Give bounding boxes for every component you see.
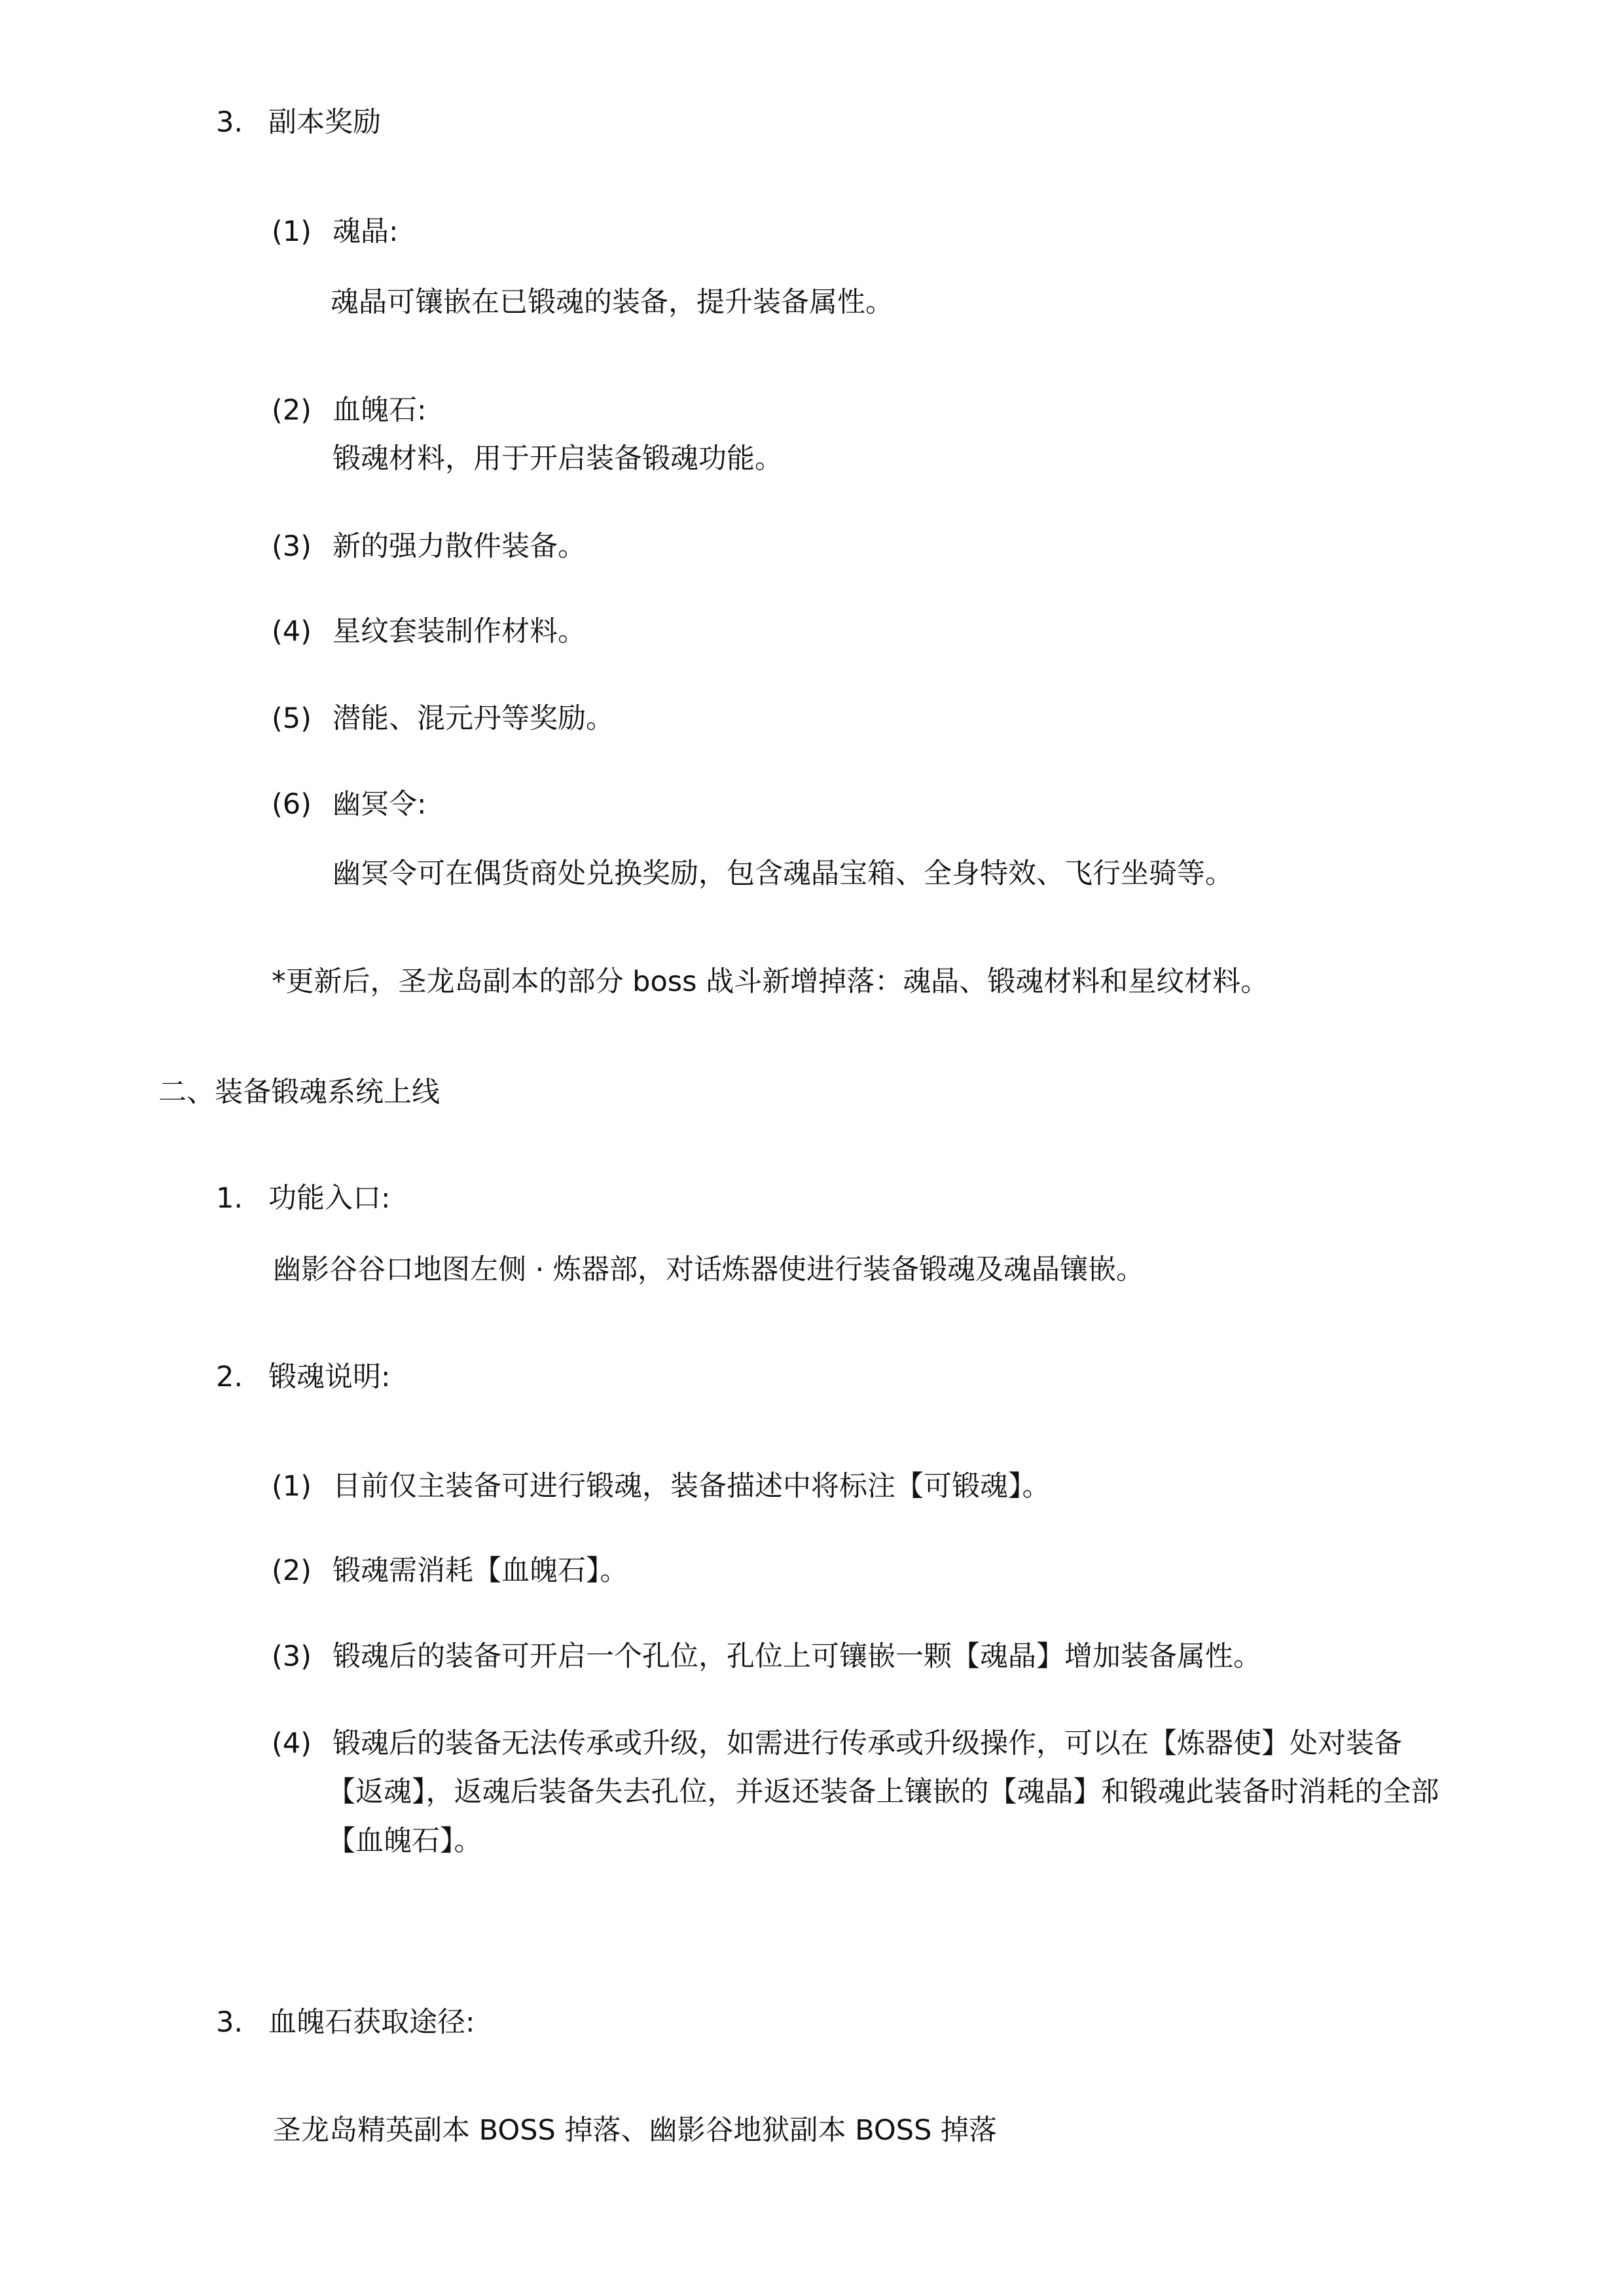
item-label: 潜能、混元丹等奖励。 [333, 701, 614, 736]
subsection-body: 幽影谷谷口地图左侧 · 炼器部，对话炼器使进行装备锻魂及魂晶镶嵌。 [273, 1252, 1144, 1287]
item-text: 锻魂需消耗【血魄石】。 [333, 1553, 628, 1588]
sub-list-number: (3) [272, 1639, 312, 1674]
sub-list-number: (4) [272, 614, 312, 649]
section-title: 副本奖励 [268, 105, 381, 140]
subsection-body: 圣龙岛精英副本 BOSS 掉落、幽影谷地狱副本 BOSS 掉落 [273, 2113, 997, 2148]
sub-list-number: (2) [272, 393, 312, 428]
item-label: 幽冥令: [333, 787, 427, 822]
item-detail: 锻魂材料，用于开启装备锻魂功能。 [333, 441, 783, 476]
sub-list-number: (6) [272, 787, 312, 822]
item-label: 星纹套装制作材料。 [333, 614, 586, 649]
list-number: 1. [216, 1181, 243, 1216]
item-text: 目前仅主装备可进行锻魂，装备描述中将标注【可锻魂】。 [333, 1469, 1051, 1504]
item-label: 新的强力散件装备。 [333, 529, 586, 564]
item-text-line: 锻魂后的装备无法传承或升级，如需进行传承或升级操作，可以在【炼器使】处对装备 [333, 1726, 1402, 1761]
subsection-title: 血魄石获取途径: [268, 2005, 475, 2040]
item-label: 血魄石: [333, 393, 427, 428]
item-text-line: 【血魄石】。 [327, 1823, 482, 1859]
item-detail: 魂晶可镶嵌在已锻魂的装备，提升装备属性。 [331, 285, 893, 320]
item-label: 魂晶: [333, 214, 399, 249]
item-detail: 幽冥令可在偶货商处兑换奖励，包含魂晶宝箱、全身特效、飞行坐骑等。 [333, 856, 1233, 891]
sub-list-number: (2) [272, 1553, 312, 1588]
update-note: *更新后，圣龙岛副本的部分 boss 战斗新增掉落：魂晶、锻魂材料和星纹材料。 [272, 964, 1269, 999]
list-number: 3. [216, 105, 243, 140]
sub-list-number: (5) [272, 701, 312, 736]
subsection-title: 锻魂说明: [268, 1359, 391, 1395]
list-number: 3. [216, 2005, 243, 2040]
sub-list-number: (1) [272, 214, 312, 249]
sub-list-number: (4) [272, 1726, 312, 1761]
subsection-title: 功能入口: [268, 1181, 391, 1216]
list-number: 2. [216, 1359, 243, 1395]
sub-list-number: (1) [272, 1469, 312, 1504]
item-text-line: 【返魂】，返魂后装备失去孔位，并返还装备上镶嵌的【魂晶】和锻魂此装备时消耗的全部 [327, 1774, 1439, 1810]
sub-list-number: (3) [272, 529, 312, 564]
item-text: 锻魂后的装备可开启一个孔位，孔位上可镶嵌一颗【魂晶】增加装备属性。 [333, 1639, 1261, 1674]
section-heading: 二、装备锻魂系统上线 [158, 1075, 440, 1110]
